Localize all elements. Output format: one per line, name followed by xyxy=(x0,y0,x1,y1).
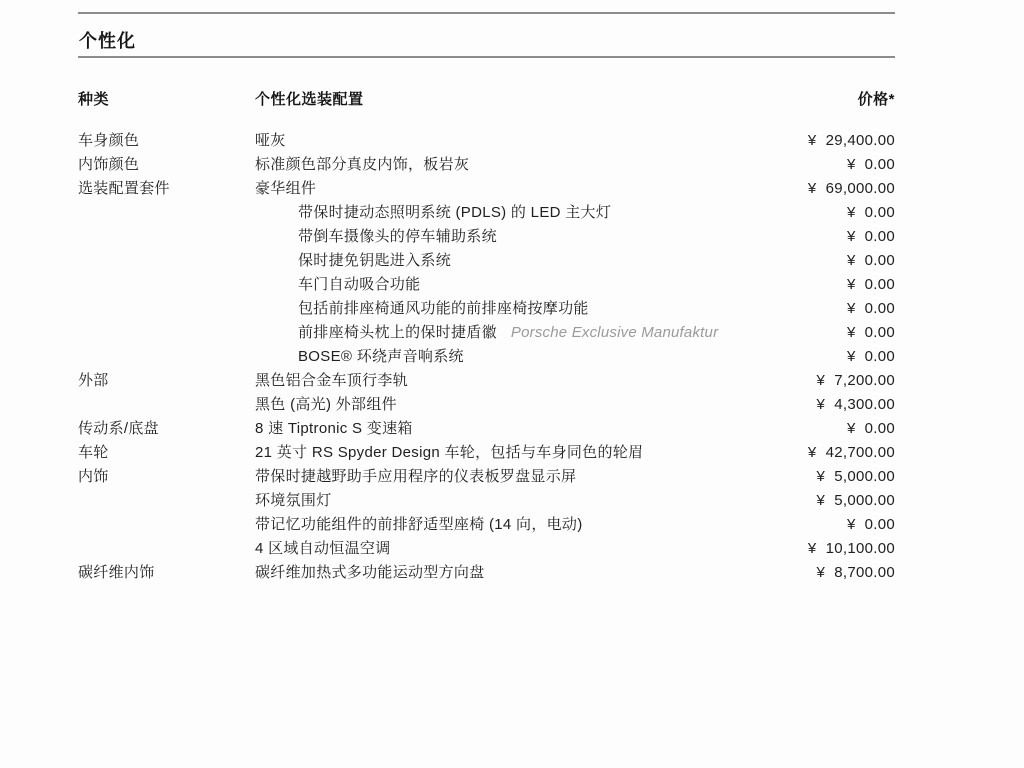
options-price-document: 个性化 种类 个性化选装配置 价格* 车身颜色哑灰¥29,400.00内饰颜色标… xyxy=(0,0,1024,768)
price-cell: ¥0.00 xyxy=(775,417,895,441)
configuration-text: 包括前排座椅通风功能的前排座椅按摩功能 xyxy=(298,300,589,317)
configuration-text: 带保时捷动态照明系统 (PDLS) 的 LED 主大灯 xyxy=(298,204,611,221)
price-amount: 0.00 xyxy=(865,321,895,345)
currency-symbol: ¥ xyxy=(808,441,817,465)
currency-symbol: ¥ xyxy=(847,297,856,321)
configuration-text: BOSE® 环绕声音响系统 xyxy=(298,348,464,365)
currency-symbol: ¥ xyxy=(847,513,856,537)
table-row: 黑色 (高光) 外部组件¥4,300.00 xyxy=(78,393,895,417)
configuration-cell: 21 英寸 RS Spyder Design 车轮，包括与车身同色的轮眉 xyxy=(255,441,775,465)
category-cell: 车身颜色 xyxy=(78,129,255,153)
options-table-body: 车身颜色哑灰¥29,400.00内饰颜色标准颜色部分真皮内饰，板岩灰¥0.00选… xyxy=(78,129,895,585)
configuration-text: 黑色 (高光) 外部组件 xyxy=(255,396,397,413)
exclusive-manufaktur-note: Porsche Exclusive Manufaktur xyxy=(511,324,718,341)
table-row: 碳纤维内饰碳纤维加热式多功能运动型方向盘¥8,700.00 xyxy=(78,561,895,585)
configuration-cell: 哑灰 xyxy=(255,129,775,153)
price-cell: ¥69,000.00 xyxy=(775,177,895,201)
price-amount: 10,100.00 xyxy=(826,537,895,561)
price-amount: 7,200.00 xyxy=(834,369,895,393)
configuration-text: 带保时捷越野助手应用程序的仪表板罗盘显示屏 xyxy=(255,468,576,485)
category-cell xyxy=(78,513,255,537)
configuration-text: 哑灰 xyxy=(255,132,286,149)
configuration-text: 8 速 Tiptronic S 变速箱 xyxy=(255,420,413,437)
category-cell xyxy=(78,249,255,273)
price-cell: ¥0.00 xyxy=(775,297,895,321)
table-row: 车门自动吸合功能¥0.00 xyxy=(78,273,895,297)
configuration-cell: BOSE® 环绕声音响系统 xyxy=(255,345,775,369)
title-underline-rule xyxy=(78,56,895,58)
category-cell xyxy=(78,489,255,513)
table-row: 车轮21 英寸 RS Spyder Design 车轮，包括与车身同色的轮眉¥4… xyxy=(78,441,895,465)
price-cell: ¥7,200.00 xyxy=(775,369,895,393)
configuration-text: 黑色铝合金车顶行李轨 xyxy=(255,372,408,389)
table-row: 带保时捷动态照明系统 (PDLS) 的 LED 主大灯¥0.00 xyxy=(78,201,895,225)
configuration-cell: 碳纤维加热式多功能运动型方向盘 xyxy=(255,561,775,585)
category-cell xyxy=(78,537,255,561)
currency-symbol: ¥ xyxy=(847,345,856,369)
configuration-cell: 前排座椅头枕上的保时捷盾徽Porsche Exclusive Manufaktu… xyxy=(255,321,775,345)
category-cell: 传动系/底盘 xyxy=(78,417,255,441)
price-cell: ¥0.00 xyxy=(775,201,895,225)
price-amount: 0.00 xyxy=(865,417,895,441)
configuration-text: 车门自动吸合功能 xyxy=(298,276,420,293)
configuration-cell: 豪华组件 xyxy=(255,177,775,201)
configuration-cell: 带保时捷动态照明系统 (PDLS) 的 LED 主大灯 xyxy=(255,201,775,225)
configuration-cell: 带记忆功能组件的前排舒适型座椅 (14 向，电动) xyxy=(255,513,775,537)
price-amount: 0.00 xyxy=(865,249,895,273)
price-cell: ¥0.00 xyxy=(775,273,895,297)
currency-symbol: ¥ xyxy=(847,201,856,225)
table-row: 环境氛围灯¥5,000.00 xyxy=(78,489,895,513)
price-amount: 0.00 xyxy=(865,225,895,249)
configuration-text: 标准颜色部分真皮内饰，板岩灰 xyxy=(255,156,469,173)
configuration-text: 豪华组件 xyxy=(255,180,316,197)
configuration-cell: 包括前排座椅通风功能的前排座椅按摩功能 xyxy=(255,297,775,321)
configuration-text: 4 区域自动恒温空调 xyxy=(255,540,391,557)
configuration-cell: 带倒车摄像头的停车辅助系统 xyxy=(255,225,775,249)
column-header-category: 种类 xyxy=(78,90,255,110)
price-cell: ¥0.00 xyxy=(775,345,895,369)
price-amount: 69,000.00 xyxy=(826,177,895,201)
category-cell: 车轮 xyxy=(78,441,255,465)
configuration-cell: 黑色铝合金车顶行李轨 xyxy=(255,369,775,393)
price-cell: ¥4,300.00 xyxy=(775,393,895,417)
price-amount: 5,000.00 xyxy=(834,489,895,513)
table-row: 内饰颜色标准颜色部分真皮内饰，板岩灰¥0.00 xyxy=(78,153,895,177)
price-cell: ¥29,400.00 xyxy=(775,129,895,153)
table-row: 前排座椅头枕上的保时捷盾徽Porsche Exclusive Manufaktu… xyxy=(78,321,895,345)
currency-symbol: ¥ xyxy=(847,225,856,249)
configuration-cell: 车门自动吸合功能 xyxy=(255,273,775,297)
category-cell xyxy=(78,225,255,249)
category-cell xyxy=(78,297,255,321)
top-rule xyxy=(78,12,895,14)
table-row: 带记忆功能组件的前排舒适型座椅 (14 向，电动)¥0.00 xyxy=(78,513,895,537)
configuration-text: 前排座椅头枕上的保时捷盾徽 xyxy=(298,324,497,341)
configuration-cell: 黑色 (高光) 外部组件 xyxy=(255,393,775,417)
configuration-text: 带记忆功能组件的前排舒适型座椅 (14 向，电动) xyxy=(255,516,583,533)
table-row: 传动系/底盘8 速 Tiptronic S 变速箱¥0.00 xyxy=(78,417,895,441)
price-cell: ¥0.00 xyxy=(775,153,895,177)
price-cell: ¥5,000.00 xyxy=(775,489,895,513)
currency-symbol: ¥ xyxy=(808,177,817,201)
table-row: 内饰带保时捷越野助手应用程序的仪表板罗盘显示屏¥5,000.00 xyxy=(78,465,895,489)
currency-symbol: ¥ xyxy=(847,273,856,297)
table-header-row: 种类 个性化选装配置 价格* xyxy=(78,90,895,110)
price-cell: ¥0.00 xyxy=(775,513,895,537)
category-cell: 内饰 xyxy=(78,465,255,489)
price-cell: ¥42,700.00 xyxy=(775,441,895,465)
table-row: 4 区域自动恒温空调¥10,100.00 xyxy=(78,537,895,561)
configuration-cell: 环境氛围灯 xyxy=(255,489,775,513)
category-cell xyxy=(78,393,255,417)
category-cell: 外部 xyxy=(78,369,255,393)
section-title: 个性化 xyxy=(79,27,136,53)
price-amount: 0.00 xyxy=(865,297,895,321)
column-header-configuration: 个性化选装配置 xyxy=(255,90,858,110)
currency-symbol: ¥ xyxy=(817,393,826,417)
currency-symbol: ¥ xyxy=(847,153,856,177)
category-cell xyxy=(78,201,255,225)
currency-symbol: ¥ xyxy=(847,321,856,345)
price-amount: 29,400.00 xyxy=(826,129,895,153)
price-amount: 0.00 xyxy=(865,201,895,225)
currency-symbol: ¥ xyxy=(808,129,817,153)
price-amount: 8,700.00 xyxy=(834,561,895,585)
price-cell: ¥5,000.00 xyxy=(775,465,895,489)
category-cell xyxy=(78,345,255,369)
price-amount: 0.00 xyxy=(865,513,895,537)
table-row: 选装配置套件豪华组件¥69,000.00 xyxy=(78,177,895,201)
table-row: 带倒车摄像头的停车辅助系统¥0.00 xyxy=(78,225,895,249)
table-row: BOSE® 环绕声音响系统¥0.00 xyxy=(78,345,895,369)
currency-symbol: ¥ xyxy=(847,249,856,273)
price-cell: ¥0.00 xyxy=(775,321,895,345)
price-amount: 4,300.00 xyxy=(834,393,895,417)
currency-symbol: ¥ xyxy=(808,537,817,561)
configuration-cell: 带保时捷越野助手应用程序的仪表板罗盘显示屏 xyxy=(255,465,775,489)
configuration-cell: 8 速 Tiptronic S 变速箱 xyxy=(255,417,775,441)
category-cell: 选装配置套件 xyxy=(78,177,255,201)
price-amount: 0.00 xyxy=(865,345,895,369)
table-row: 车身颜色哑灰¥29,400.00 xyxy=(78,129,895,153)
category-cell: 碳纤维内饰 xyxy=(78,561,255,585)
currency-symbol: ¥ xyxy=(817,561,826,585)
configuration-cell: 4 区域自动恒温空调 xyxy=(255,537,775,561)
price-cell: ¥8,700.00 xyxy=(775,561,895,585)
price-amount: 5,000.00 xyxy=(834,465,895,489)
price-cell: ¥0.00 xyxy=(775,225,895,249)
configuration-text: 碳纤维加热式多功能运动型方向盘 xyxy=(255,564,485,581)
price-cell: ¥10,100.00 xyxy=(775,537,895,561)
configuration-text: 带倒车摄像头的停车辅助系统 xyxy=(298,228,497,245)
currency-symbol: ¥ xyxy=(817,369,826,393)
price-amount: 0.00 xyxy=(865,153,895,177)
currency-symbol: ¥ xyxy=(817,465,826,489)
table-row: 包括前排座椅通风功能的前排座椅按摩功能¥0.00 xyxy=(78,297,895,321)
currency-symbol: ¥ xyxy=(817,489,826,513)
table-row: 外部黑色铝合金车顶行李轨¥7,200.00 xyxy=(78,369,895,393)
column-header-price: 价格* xyxy=(858,90,895,110)
configuration-text: 保时捷免钥匙进入系统 xyxy=(298,252,451,269)
configuration-cell: 保时捷免钥匙进入系统 xyxy=(255,249,775,273)
price-amount: 42,700.00 xyxy=(826,441,895,465)
category-cell: 内饰颜色 xyxy=(78,153,255,177)
price-cell: ¥0.00 xyxy=(775,249,895,273)
table-row: 保时捷免钥匙进入系统¥0.00 xyxy=(78,249,895,273)
configuration-text: 21 英寸 RS Spyder Design 车轮，包括与车身同色的轮眉 xyxy=(255,444,643,461)
currency-symbol: ¥ xyxy=(847,417,856,441)
category-cell xyxy=(78,273,255,297)
configuration-text: 环境氛围灯 xyxy=(255,492,332,509)
category-cell xyxy=(78,321,255,345)
price-amount: 0.00 xyxy=(865,273,895,297)
configuration-cell: 标准颜色部分真皮内饰，板岩灰 xyxy=(255,153,775,177)
